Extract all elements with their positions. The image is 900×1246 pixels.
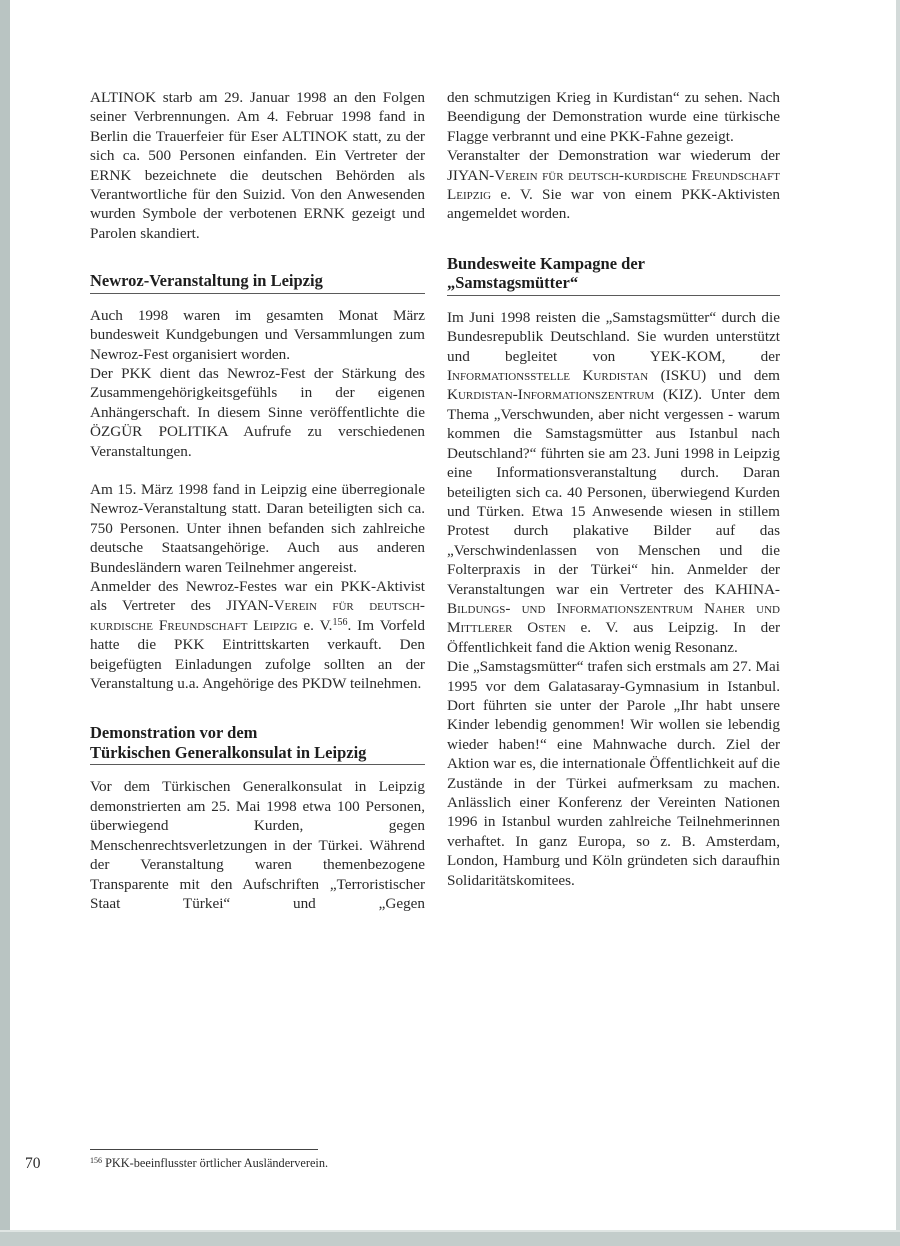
newroz-paragraph-2: Der PKK dient das Newroz-Fest der Stärku… xyxy=(90,364,425,461)
demo-organizer-paragraph: Veranstalter der Demonstration war wiede… xyxy=(447,146,780,224)
mothers-paragraph-1: Im Juni 1998 reisten die „Samstagsmütter… xyxy=(447,308,780,657)
page-number: 70 xyxy=(25,1155,41,1173)
heading-demonstration: Demonstration vor dem Türkischen General… xyxy=(90,723,425,765)
newroz-paragraph-3: Am 15. März 1998 fand in Leipzig eine üb… xyxy=(90,480,425,577)
heading-newroz: Newroz-Veranstaltung in Leipzig xyxy=(90,271,425,294)
left-column: ALTINOK starb am 29. Januar 1998 an den … xyxy=(90,88,425,913)
demo-paragraph-1: Vor dem Türkischen Generalkonsulat in Le… xyxy=(90,777,425,913)
scan-edge-bottom xyxy=(0,1230,900,1246)
demo-continued-paragraph: den schmutzigen Krieg in Kurdistan“ zu s… xyxy=(447,88,780,146)
intro-paragraph: ALTINOK starb am 29. Januar 1998 an den … xyxy=(90,88,425,243)
footnote-text: PKK-beeinflusster örtlicher Ausländerver… xyxy=(102,1156,328,1170)
scan-edge-right xyxy=(896,0,900,1232)
heading-samstagsmuetter: Bundesweite Kampagne der „Samstagsmütter… xyxy=(447,254,780,296)
footnote: 156 PKK-beeinflusster örtlicher Auslände… xyxy=(90,1156,328,1171)
scan-edge-left xyxy=(0,0,10,1246)
footnote-divider xyxy=(90,1149,318,1150)
footnote-reference[interactable]: 156 xyxy=(332,617,347,628)
mothers-paragraph-2: Die „Samstagsmütter“ trafen sich erstmal… xyxy=(447,657,780,890)
newroz-paragraph-1: Auch 1998 waren im gesamten Monat März b… xyxy=(90,306,425,364)
organization-name: Kurdistan-Informationszentrum xyxy=(447,386,654,403)
newroz-paragraph-4: Anmelder des Newroz-Festes war ein PKK-A… xyxy=(90,577,425,693)
organization-name: Informationsstelle Kurdistan xyxy=(447,367,648,384)
right-column: den schmutzigen Krieg in Kurdistan“ zu s… xyxy=(447,88,780,890)
footnote-number: 156 xyxy=(90,1156,102,1165)
